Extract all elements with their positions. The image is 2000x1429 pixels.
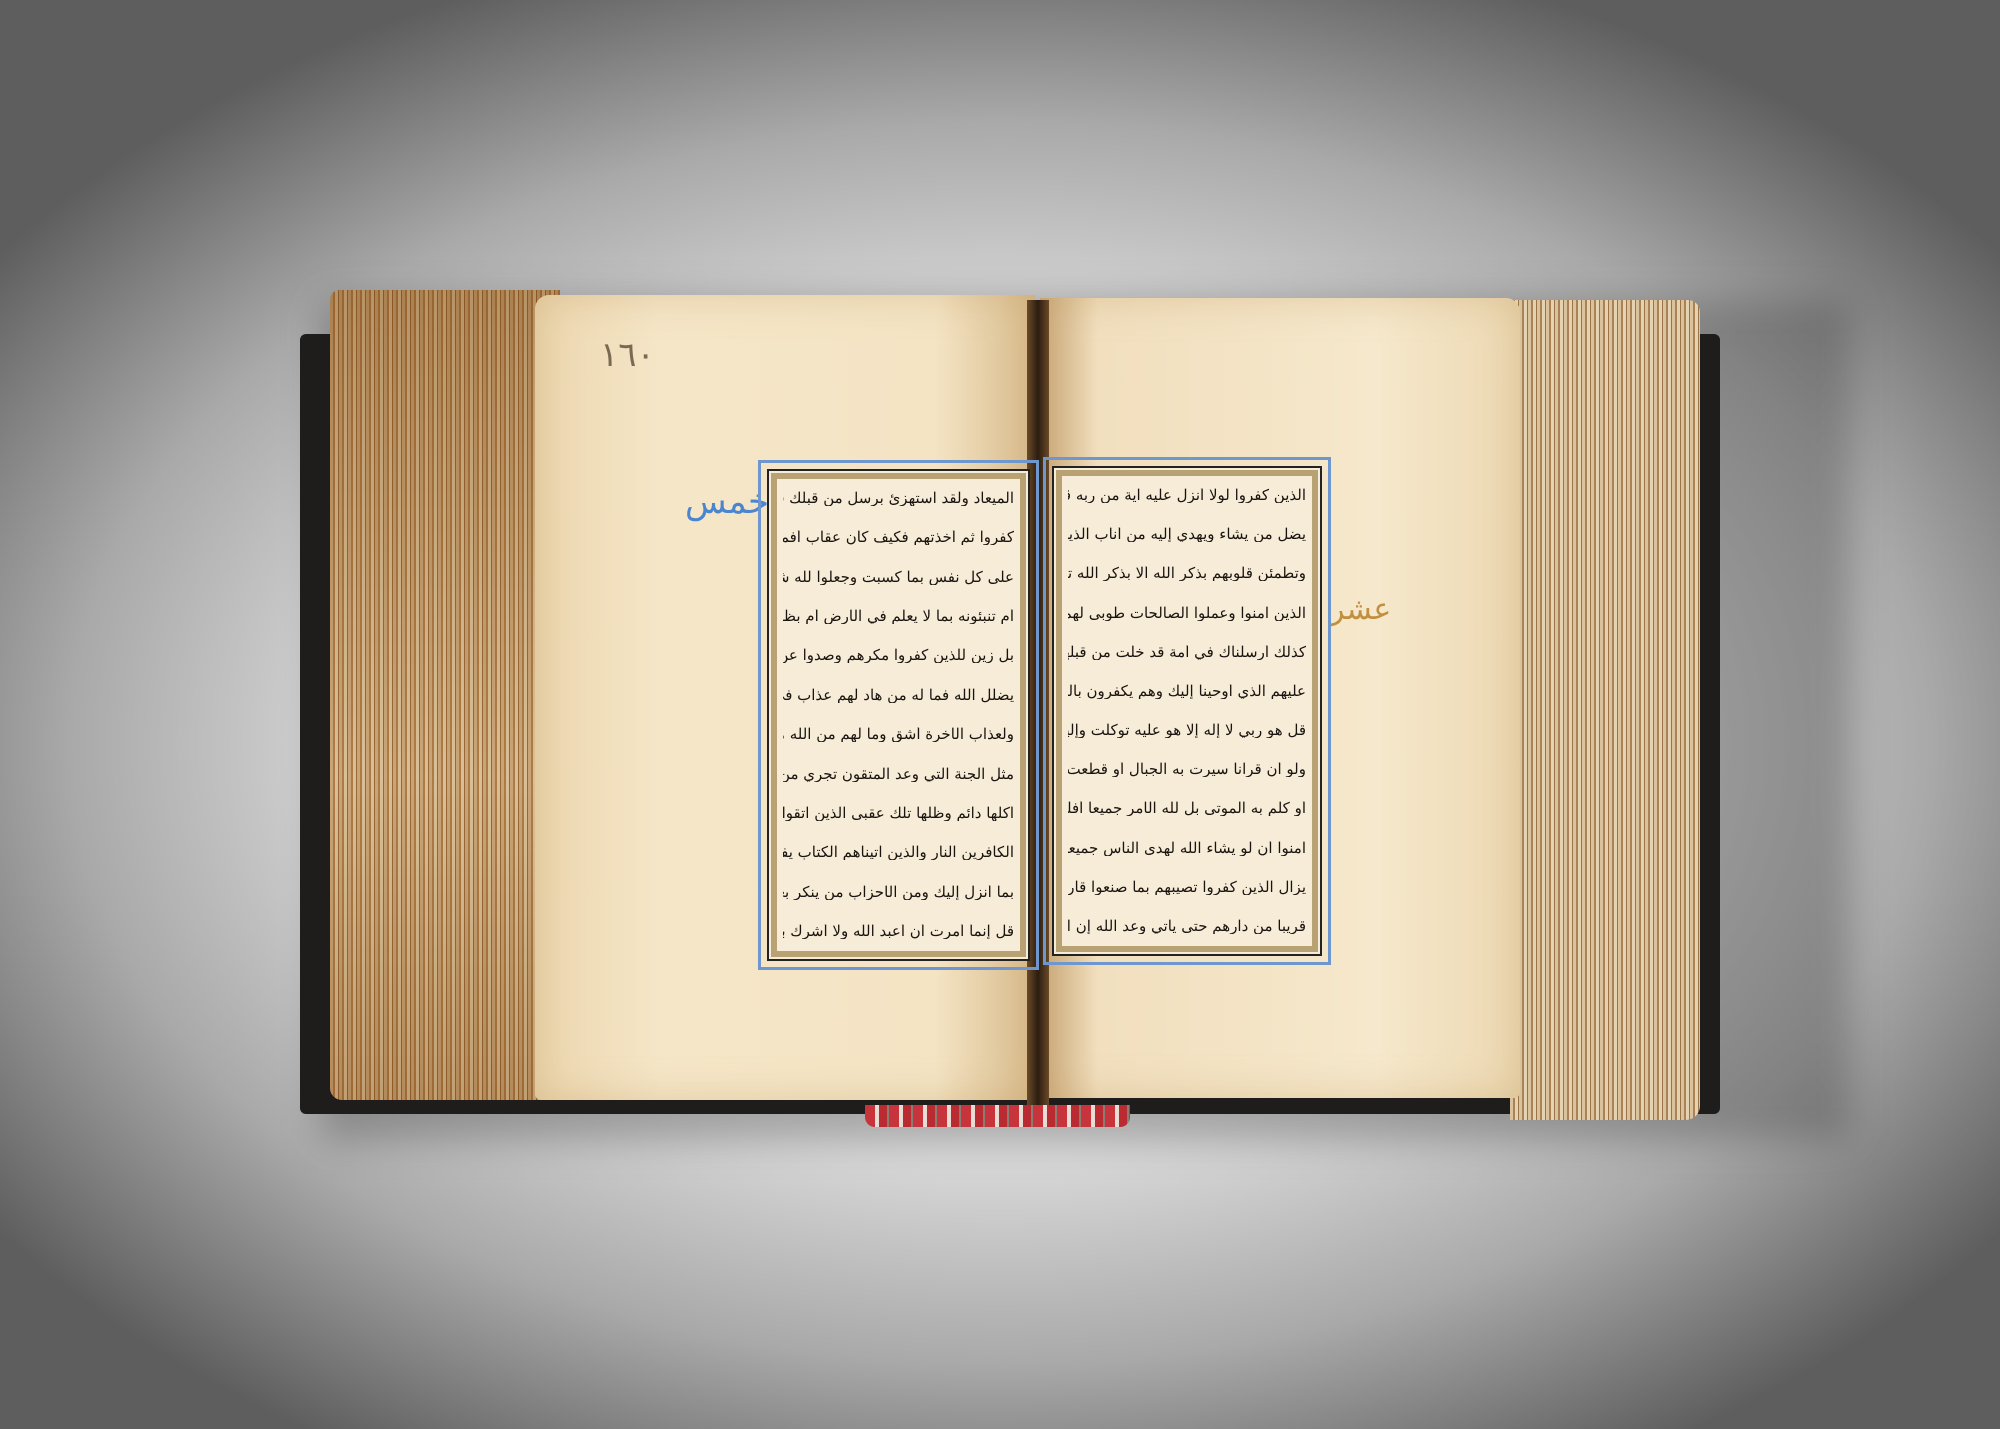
folio-number: ١٦٠ — [600, 335, 655, 375]
text-block-right: الذين كفروا لولا أنزل عليه آية من ربه قل… — [1052, 466, 1322, 956]
text-line: على كل نفس بما كسبت وجعلوا لله شركاء قل … — [783, 570, 1014, 585]
marginal-note-right: عشر — [1330, 592, 1391, 627]
text-line: الذين آمنوا وعملوا الصالحات طوبى لهم وحس… — [1068, 606, 1306, 621]
marginal-note-left: خمس — [685, 482, 769, 522]
text-line: أم تنبئونه بما لا يعلم في الأرض أم بظاهر… — [783, 609, 1014, 624]
text-line: وتطمئن قلوبهم بذكر الله ألا بذكر الله تط… — [1068, 566, 1306, 581]
text-line: أو كلم به الموتى بل لله الأمر جميعا أفلم… — [1068, 801, 1306, 816]
text-line: قريبا من دارهم حتى يأتي وعد الله إن الله… — [1068, 919, 1306, 934]
text-line: أكلها دائم وظلها تلك عقبى الذين اتقوا وع… — [783, 806, 1014, 821]
text-line: آمنوا أن لو يشاء الله لهدى الناس جميعا و… — [1068, 841, 1306, 856]
text-line: كذلك أرسلناك في أمة قد خلت من قبلها أمم … — [1068, 645, 1306, 660]
text-line: الكافرين النار والذين آتيناهم الكتاب يفر… — [783, 845, 1014, 860]
text-line: بما أنزل إليك ومن الأحزاب من ينكر بعضه — [783, 885, 1014, 900]
text-line: قل هو ربي لا إله إلا هو عليه توكلت وإليه… — [1068, 723, 1306, 738]
text-line: يضل من يشاء ويهدي إليه من أناب الذين آمن… — [1068, 527, 1306, 542]
text-line: قل إنما أمرت أن أعبد الله ولا أشرك به إل… — [783, 924, 1014, 939]
text-line: بل زين للذين كفروا مكرهم وصدوا عن السبيل… — [783, 648, 1014, 663]
right-page-block — [1510, 300, 1700, 1120]
text-line: الميعاد ولقد استهزئ برسل من قبلك فأمليت … — [783, 491, 1014, 506]
text-line: عليهم الذي أوحينا إليك وهم يكفرون بالرحم… — [1068, 684, 1306, 699]
text-line: الذين كفروا لولا أنزل عليه آية من ربه قل… — [1068, 488, 1306, 503]
red-headband — [865, 1105, 1130, 1127]
left-page-block — [330, 290, 560, 1100]
text-line: يزال الذين كفروا تصيبهم بما صنعوا قارعة … — [1068, 880, 1306, 895]
text-line: يضلل الله فما له من هاد لهم عذاب في الحي… — [783, 688, 1014, 703]
text-line: كفروا ثم أخذتهم فكيف كان عقاب أفمن هو قا… — [783, 530, 1014, 545]
text-line: ولو أن قرآنا سيرت به الجبال أو قطعت به ا… — [1068, 762, 1306, 777]
text-frame-left: الميعاد ولقد استهزئ برسل من قبلك فأمليت … — [758, 460, 1039, 970]
text-frame-right: الذين كفروا لولا أنزل عليه آية من ربه قل… — [1043, 457, 1331, 965]
text-block-left: الميعاد ولقد استهزئ برسل من قبلك فأمليت … — [767, 469, 1030, 961]
text-line: مثل الجنة التي وعد المتقون تجري من تحتها… — [783, 767, 1014, 782]
text-line: ولعذاب الآخرة أشق وما لهم من الله من واق — [783, 727, 1014, 742]
